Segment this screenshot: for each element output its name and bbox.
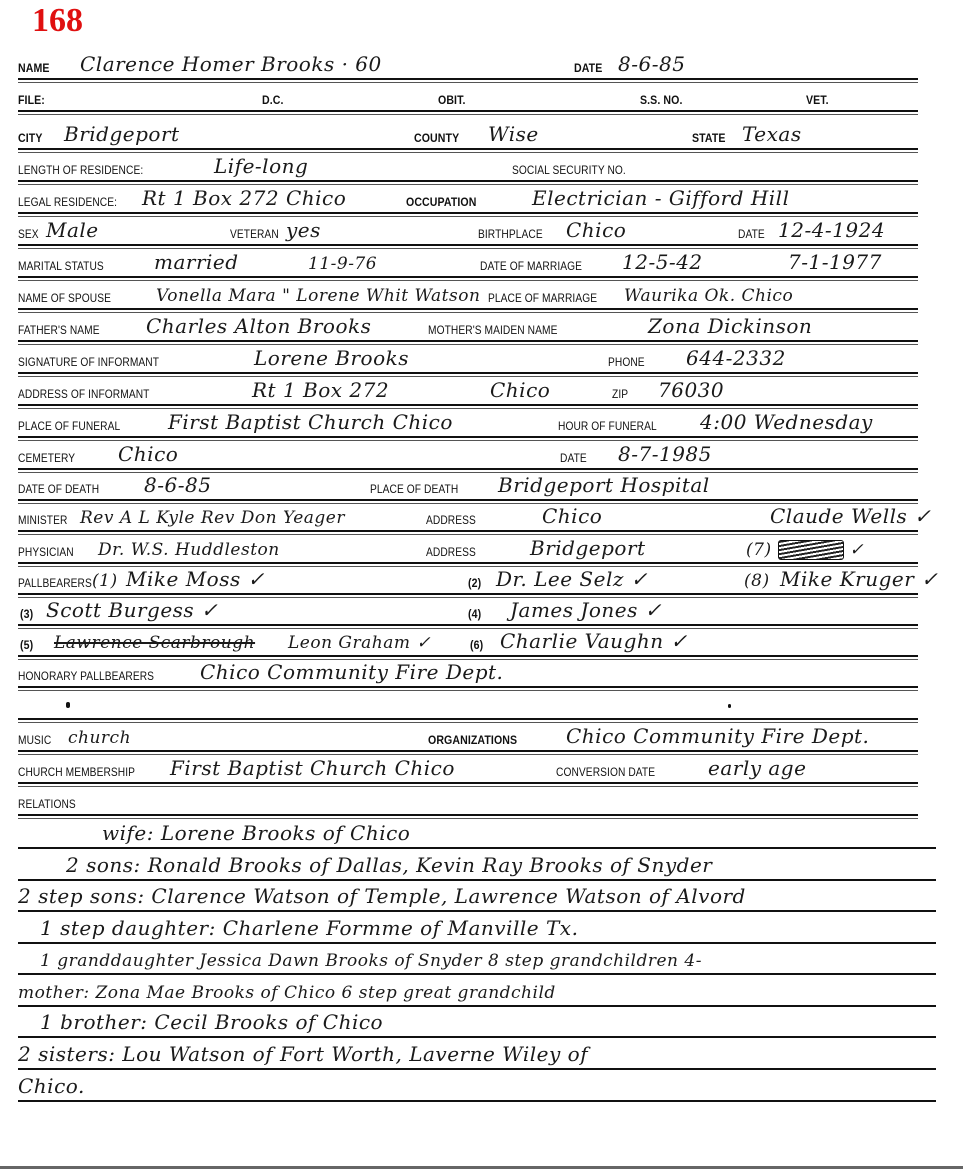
phone-label: PHONE (608, 355, 645, 369)
relation-line: Chico. (18, 1070, 936, 1102)
occupation-label: OCCUPATION (406, 197, 476, 209)
marital-status-label: MARITAL STATUS (18, 259, 104, 273)
pallbearer-6: Charlie Vaughn ✓ (500, 629, 688, 653)
death-place-value: Bridgeport Hospital (498, 473, 710, 497)
file-row: FILE: D.C. OBIT. S.S. NO. VET. (18, 82, 918, 112)
scan-speck (728, 704, 731, 708)
name-row: NAME Clarence Homer Brooks · 60 DATE 8-6… (18, 50, 918, 80)
pallbearer-8: Mike Kruger ✓ (780, 567, 938, 591)
relation-line: mother: Zona Mae Brooks of Chico 6 step … (18, 975, 936, 1007)
relation-text: wife: Lorene Brooks of Chico (102, 821, 410, 845)
county-value: Wise (488, 122, 539, 146)
pallbearers-row-2: (3) Scott Burgess ✓ (4) James Jones ✓ (18, 596, 918, 626)
legal-residence-value: Rt 1 Box 272 Chico (142, 186, 346, 210)
minister-value: Rev A L Kyle Rev Don Yeager (80, 508, 345, 528)
legal-residence-row: LEGAL RESIDENCE: Rt 1 Box 272 Chico OCCU… (18, 184, 918, 214)
zip-value: 76030 (658, 378, 724, 402)
signature-value: Lorene Brooks (254, 346, 409, 370)
funeral-place-row: PLACE OF FUNERAL First Baptist Church Ch… (18, 408, 918, 438)
father-label: FATHER'S NAME (18, 323, 100, 337)
scribbled-out-name (778, 540, 844, 560)
music-label: MUSIC (18, 733, 51, 747)
sex-label: SEX (18, 227, 39, 241)
date-value: 8-6-85 (618, 52, 685, 76)
informant-signature-row: SIGNATURE OF INFORMANT Lorene Brooks PHO… (18, 344, 918, 374)
mother-value: Zona Dickinson (648, 314, 812, 338)
marital-row: MARITAL STATUS married 11-9-76 DATE OF M… (18, 248, 918, 278)
conversion-label: CONVERSION DATE (556, 765, 655, 779)
name-label: NAME (18, 63, 50, 75)
birthplace-label: BIRTHPLACE (478, 227, 543, 241)
pallbearer-4: James Jones ✓ (510, 598, 662, 622)
city-value: Bridgeport (64, 122, 180, 146)
marital-note: 11-9-76 (308, 254, 377, 274)
music-value: church (68, 728, 131, 748)
honorary-row: HONORARY PALLBEARERS Chico Community Fir… (18, 658, 918, 688)
organizations-value: Chico Community Fire Dept. (566, 724, 869, 748)
legal-residence-label: LEGAL RESIDENCE: (18, 195, 117, 209)
funeral-date-label: DATE (560, 451, 587, 465)
signature-label: SIGNATURE OF INFORMANT (18, 355, 159, 369)
marriage-date-2: 7-1-1977 (788, 250, 882, 274)
conversion-value: early age (708, 756, 806, 780)
music-row: MUSIC church ORGANIZATIONS Chico Communi… (18, 722, 918, 752)
cemetery-label: CEMETERY (18, 451, 75, 465)
pallbearer-2: Dr. Lee Selz ✓ (496, 567, 648, 591)
relation-line: 2 sons: Ronald Brooks of Dallas, Kevin R… (18, 849, 936, 881)
sex-row: SEX Male VETERAN yes BIRTHPLACE Chico DA… (18, 216, 918, 246)
relation-text: mother: Zona Mae Brooks of Chico 6 step … (18, 983, 556, 1003)
pallbearer-1-number: (1) (92, 571, 118, 591)
veteran-value: yes (286, 218, 321, 242)
relations-header-row: RELATIONS (18, 786, 918, 816)
veteran-label: VETERAN (230, 227, 279, 241)
relation-text: 1 brother: Cecil Brooks of Chico (40, 1010, 383, 1034)
minister-address-value: Chico (542, 504, 602, 528)
spouse-row: NAME OF SPOUSE Vonella Mara " Lorene Whi… (18, 280, 918, 310)
informant-address-city: Chico (490, 378, 550, 402)
pallbearers-row-1: PALLBEARERS (1) Mike Moss ✓ (2) Dr. Lee … (18, 565, 918, 595)
pallbearer-7: (7) ✓ (746, 540, 864, 561)
parents-row: FATHER'S NAME Charles Alton Brooks MOTHE… (18, 312, 918, 342)
funeral-hour-value: 4:00 Wednesday (700, 410, 873, 434)
honorary-value: Chico Community Fire Dept. (200, 660, 503, 684)
church-label: CHURCH MEMBERSHIP (18, 765, 135, 779)
relation-text: 1 granddaughter Jessica Dawn Brooks of S… (40, 951, 702, 971)
ssn-label: SOCIAL SECURITY NO. (512, 163, 626, 177)
church-row: CHURCH MEMBERSHIP First Baptist Church C… (18, 754, 918, 784)
funeral-hour-label: HOUR OF FUNERAL (558, 419, 657, 433)
cemetery-value: Chico (118, 442, 178, 466)
residence-length-label: LENGTH OF RESIDENCE: (18, 163, 143, 177)
relation-text: 2 sons: Ronald Brooks of Dallas, Kevin R… (66, 853, 712, 877)
relation-line: 2 step sons: Clarence Watson of Temple, … (18, 880, 936, 912)
relation-text: 1 step daughter: Charlene Formme of Manv… (40, 916, 578, 940)
relation-line: 1 granddaughter Jessica Dawn Brooks of S… (18, 943, 936, 975)
pallbearer-3-number: (3) (20, 609, 33, 621)
marriage-date-value: 12-5-42 (622, 250, 703, 274)
record-number: 168 (32, 2, 83, 40)
father-value: Charles Alton Brooks (146, 314, 371, 338)
physician-row: PHYSICIAN Dr. W.S. Huddleston ADDRESS Br… (18, 534, 918, 564)
pallbearer-3: Scott Burgess ✓ (46, 598, 218, 622)
phone-value: 644-2332 (686, 346, 786, 370)
marital-status-value: married (154, 250, 239, 274)
minister-row: MINISTER Rev A L Kyle Rev Don Yeager ADD… (18, 502, 918, 532)
relation-text: Chico. (18, 1074, 85, 1098)
state-value: Texas (742, 122, 802, 146)
pallbearer-2-number: (2) (468, 578, 481, 590)
check-icon: ✓ (849, 540, 864, 560)
marriage-date-label: DATE OF MARRIAGE (480, 259, 582, 273)
sex-value: Male (46, 218, 99, 242)
relation-line: 1 brother: Cecil Brooks of Chico (18, 1006, 936, 1038)
vet-label: VET. (806, 95, 829, 107)
pallbearer-5-struck: Lawrence Scarbrough (54, 633, 255, 653)
place-of-marriage-label: PLACE OF MARRIAGE (488, 291, 597, 305)
death-date-value: 8-6-85 (144, 473, 211, 497)
funeral-place-label: PLACE OF FUNERAL (18, 419, 120, 433)
spouse-value: Vonella Mara " Lorene Whit Watson (156, 286, 480, 306)
birth-date-value: 12-4-1924 (778, 218, 885, 242)
dc-label: D.C. (262, 95, 284, 107)
residence-length-value: Life-long (214, 154, 308, 178)
honorary-label: HONORARY PALLBEARERS (18, 669, 154, 683)
birthplace-value: Chico (566, 218, 626, 242)
birth-date-label: DATE (738, 227, 765, 241)
blank-row (18, 690, 918, 720)
mother-label: MOTHER'S MAIDEN NAME (428, 323, 557, 337)
name-value: Clarence Homer Brooks · 60 (80, 52, 382, 76)
obit-label: OBIT. (438, 95, 465, 107)
pallbearers-row-3: (5) Lawrence Scarbrough Leon Graham ✓ (6… (18, 627, 918, 657)
file-label: FILE: (18, 95, 45, 107)
spouse-label: NAME OF SPOUSE (18, 291, 111, 305)
city-label: CITY (18, 133, 42, 145)
physician-address-value: Bridgeport (530, 536, 646, 560)
pallbearer-8-number: (8) (744, 571, 770, 591)
minister-address-label: ADDRESS (426, 513, 476, 527)
pallbearer-4-number: (4) (468, 609, 481, 621)
relation-line: 2 sisters: Lou Watson of Fort Worth, Lav… (18, 1038, 936, 1070)
death-date-label: DATE OF DEATH (18, 482, 99, 496)
pallbearer-5-number: (5) (20, 640, 33, 652)
cemetery-row: CEMETERY Chico DATE 8-7-1985 (18, 440, 918, 470)
relation-line: 1 step daughter: Charlene Formme of Manv… (18, 912, 936, 944)
pallbearers-label: PALLBEARERS (18, 576, 92, 590)
death-row: DATE OF DEATH 8-6-85 PLACE OF DEATH Brid… (18, 471, 918, 501)
minister-label: MINISTER (18, 513, 67, 527)
place-of-marriage-value: Waurika Ok. Chico (624, 286, 793, 306)
pallbearer-6-number: (6) (470, 640, 483, 652)
state-label: STATE (692, 133, 726, 145)
physician-address-label: ADDRESS (426, 545, 476, 559)
pallbearer-1: Mike Moss ✓ (126, 567, 265, 591)
occupation-value: Electrician - Gifford Hill (532, 186, 789, 210)
informant-address-value: Rt 1 Box 272 (252, 378, 389, 402)
pallbearer-5: Leon Graham ✓ (288, 633, 431, 653)
funeral-place-value: First Baptist Church Chico (168, 410, 453, 434)
organizations-label: ORGANIZATIONS (428, 735, 517, 747)
physician-label: PHYSICIAN (18, 545, 74, 559)
county-label: COUNTY (414, 133, 459, 145)
zip-label: ZIP (612, 387, 628, 401)
relation-line: wife: Lorene Brooks of Chico (18, 817, 936, 849)
relations-label: RELATIONS (18, 797, 76, 811)
informant-address-row: ADDRESS OF INFORMANT Rt 1 Box 272 Chico … (18, 376, 918, 406)
physician-value: Dr. W.S. Huddleston (98, 540, 280, 560)
death-place-label: PLACE OF DEATH (370, 482, 458, 496)
minister-margin-note: Claude Wells ✓ (770, 504, 931, 528)
relation-text: 2 step sons: Clarence Watson of Temple, … (18, 884, 746, 908)
date-label: DATE (574, 63, 602, 75)
scan-speck (66, 702, 70, 708)
church-value: First Baptist Church Chico (170, 756, 455, 780)
ss-no-label: S.S. NO. (640, 95, 682, 107)
funeral-date-value: 8-7-1985 (618, 442, 712, 466)
relation-text: 2 sisters: Lou Watson of Fort Worth, Lav… (18, 1042, 588, 1066)
city-row: CITY Bridgeport COUNTY Wise STATE Texas (18, 120, 918, 150)
informant-address-label: ADDRESS OF INFORMANT (18, 387, 149, 401)
residence-length-row: LENGTH OF RESIDENCE: Life-long SOCIAL SE… (18, 152, 918, 182)
pallbearer-7-number: (7) (746, 540, 772, 560)
